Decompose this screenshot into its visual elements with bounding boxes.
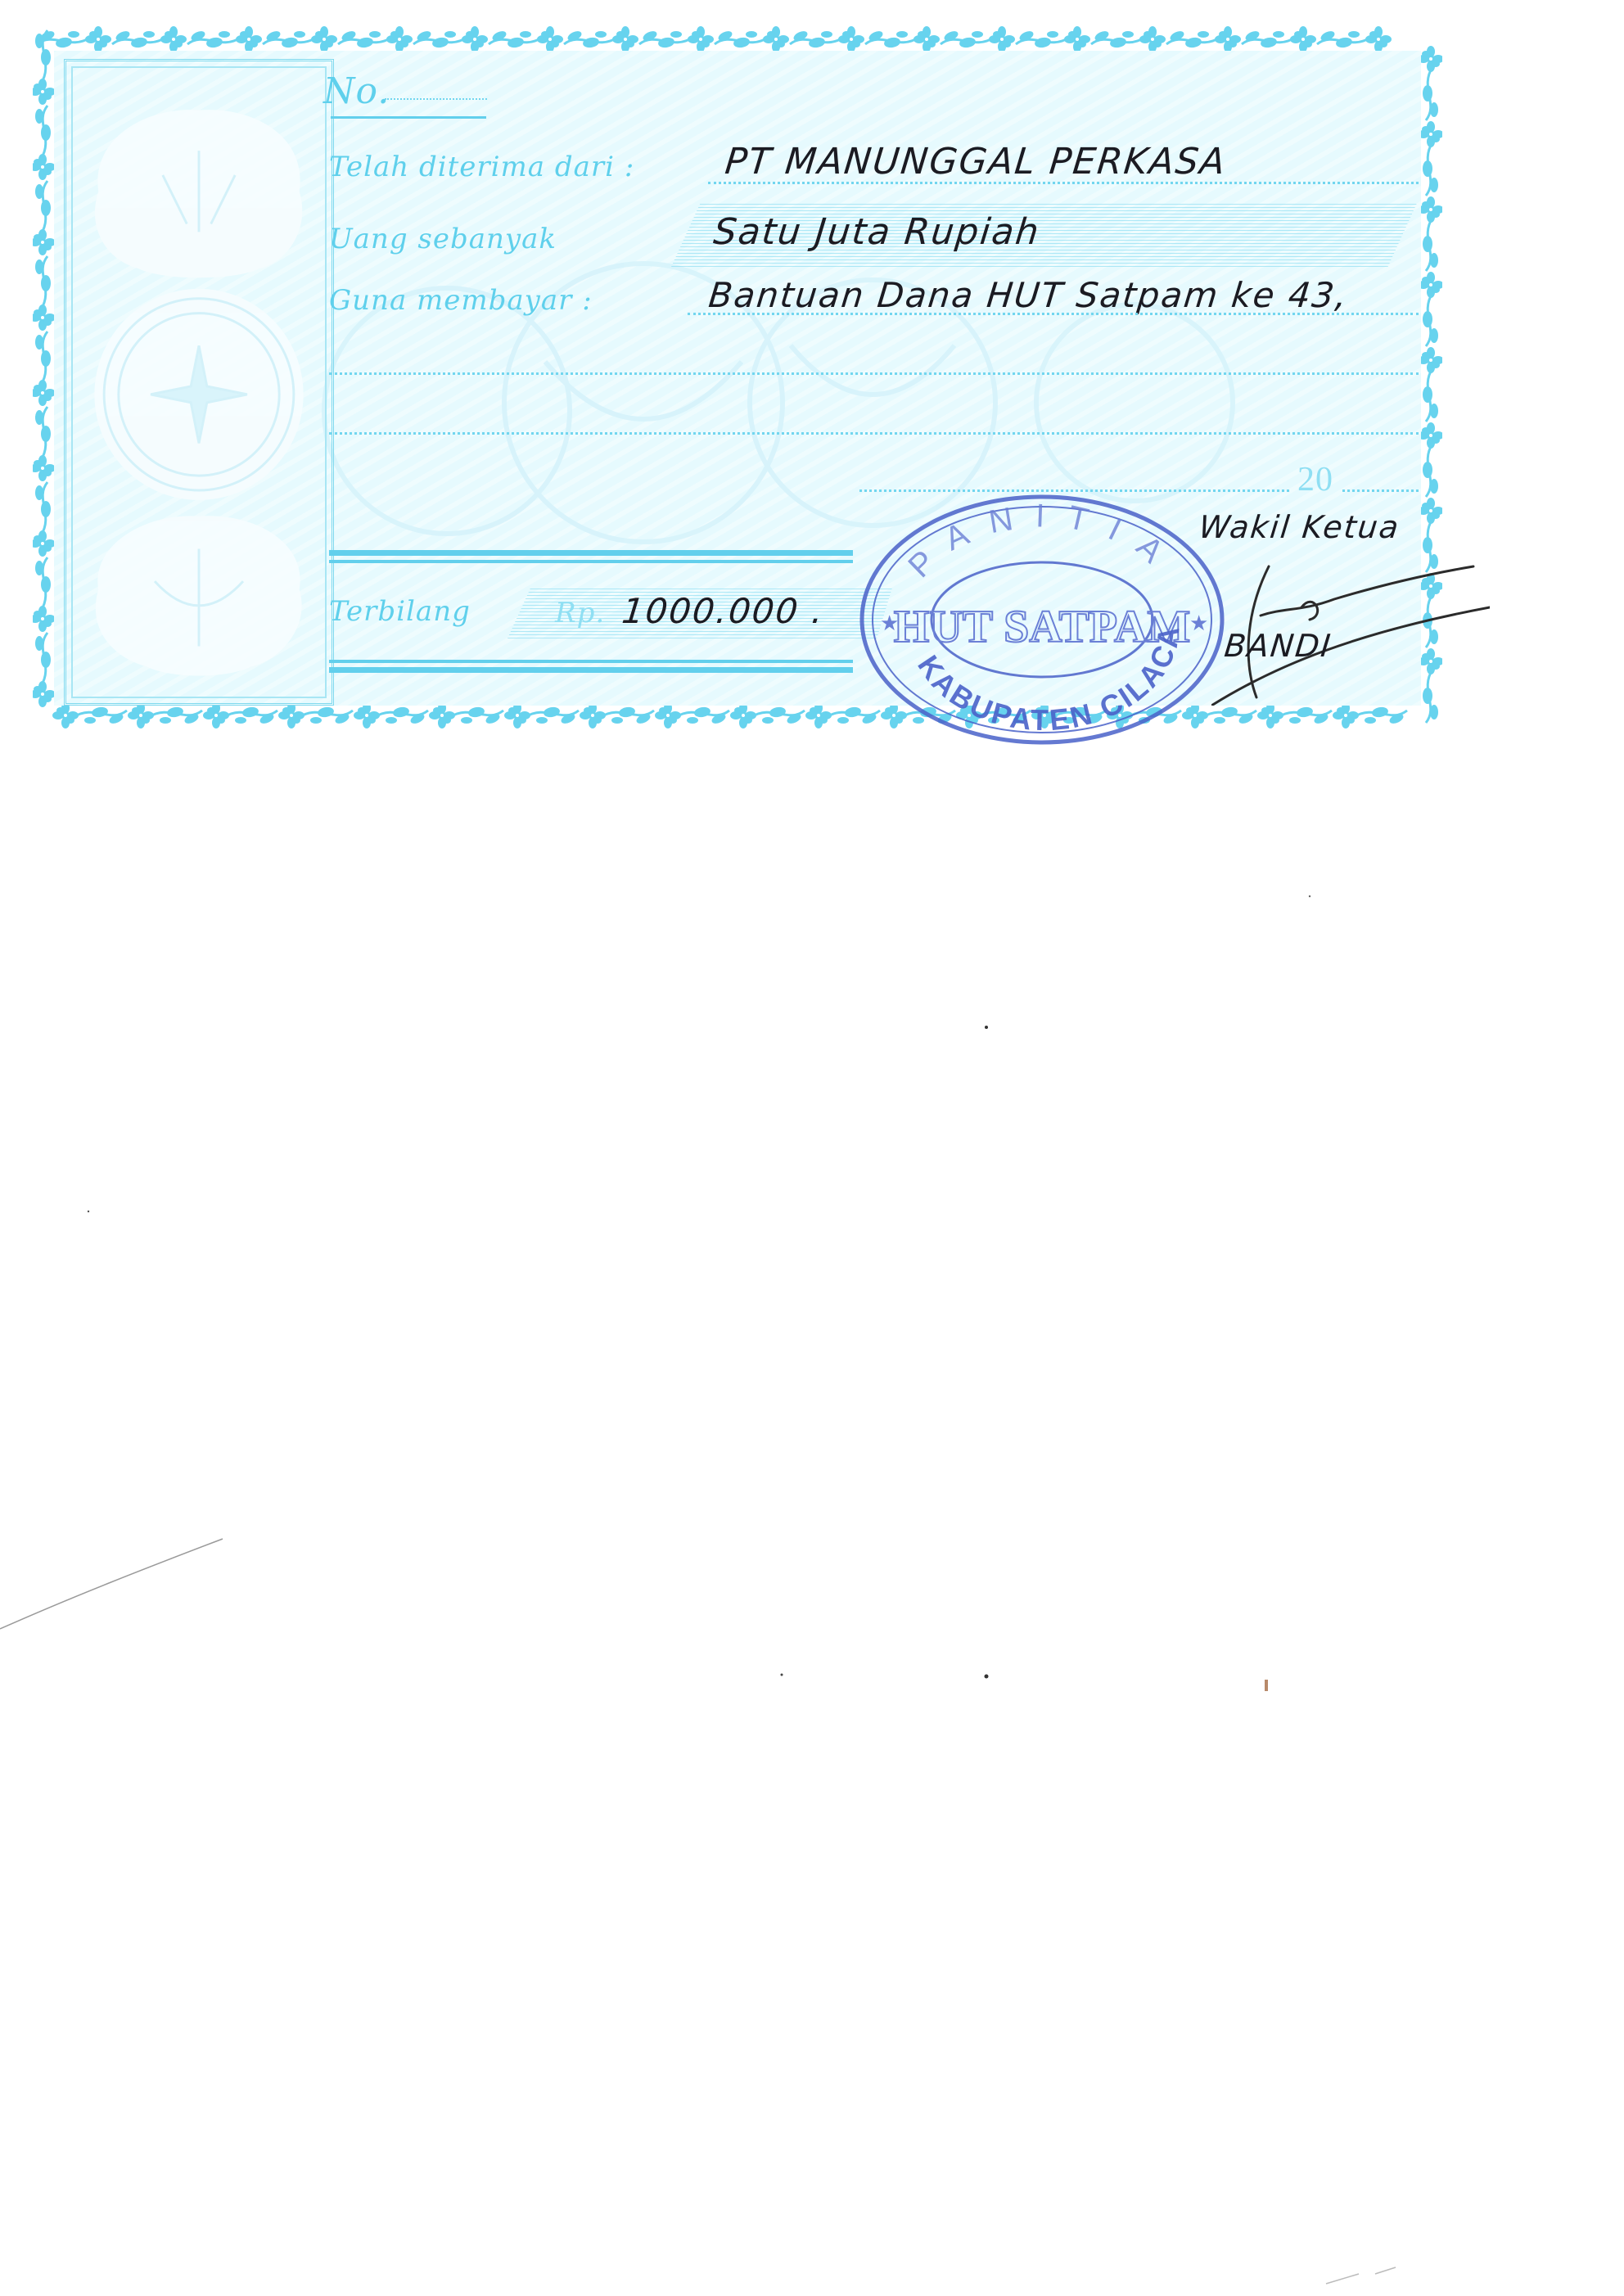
received-from-label: Telah diterima dari : (329, 151, 634, 183)
stamp-center-text: HUT SATPAM (894, 602, 1190, 652)
purpose-label: Guna membayar : (329, 284, 593, 317)
purpose-line (688, 313, 1419, 315)
svg-text:PANITIA: PANITIA (901, 498, 1185, 584)
received-from-value[interactable]: PT MANUNGGAL PERKASA (723, 141, 1229, 183)
amount-words-label: Uang sebanyak (329, 223, 557, 255)
star-icon: ★ (1189, 611, 1208, 636)
amount-bottom-bar (329, 667, 853, 673)
amount-top-bar (329, 550, 853, 556)
date-year-prefix: 20 (1297, 460, 1333, 499)
committee-stamp: PANITIA HUT SATPAM KABUPATEN CILACAP ★ ★ (855, 485, 1232, 747)
number-label: No. (323, 70, 390, 112)
amount-top-bar-thin (329, 560, 853, 563)
number-underline (331, 116, 486, 119)
emblem-panel (64, 59, 334, 706)
amount-bottom-bar-thin (329, 660, 853, 663)
emblem-icon (66, 61, 332, 703)
amount-words-value[interactable]: Satu Juta Rupiah (711, 211, 1042, 253)
signature-scribble (1211, 542, 1490, 706)
purpose-value[interactable]: Bantuan Dana HUT Satpam ke 43, (706, 275, 1350, 315)
purpose-line-2 (329, 372, 1419, 375)
currency-label: Rp. (555, 597, 605, 629)
amount-label: Terbilang (329, 595, 471, 628)
star-icon: ★ (880, 611, 899, 636)
purpose-line-3 (329, 432, 1419, 435)
signature-name: BANDI (1223, 628, 1334, 664)
receipt: No. Telah diterima dari : PT MANUNGGAL P… (33, 26, 1442, 728)
received-from-line (708, 182, 1419, 184)
stamp-top-text: PANITIA (901, 498, 1185, 584)
date-year-line (1342, 489, 1419, 492)
signature-title: Wakil Ketua (1198, 509, 1402, 545)
number-dotted-line (385, 98, 487, 100)
amount-value[interactable]: 1000.000 . (620, 591, 826, 631)
